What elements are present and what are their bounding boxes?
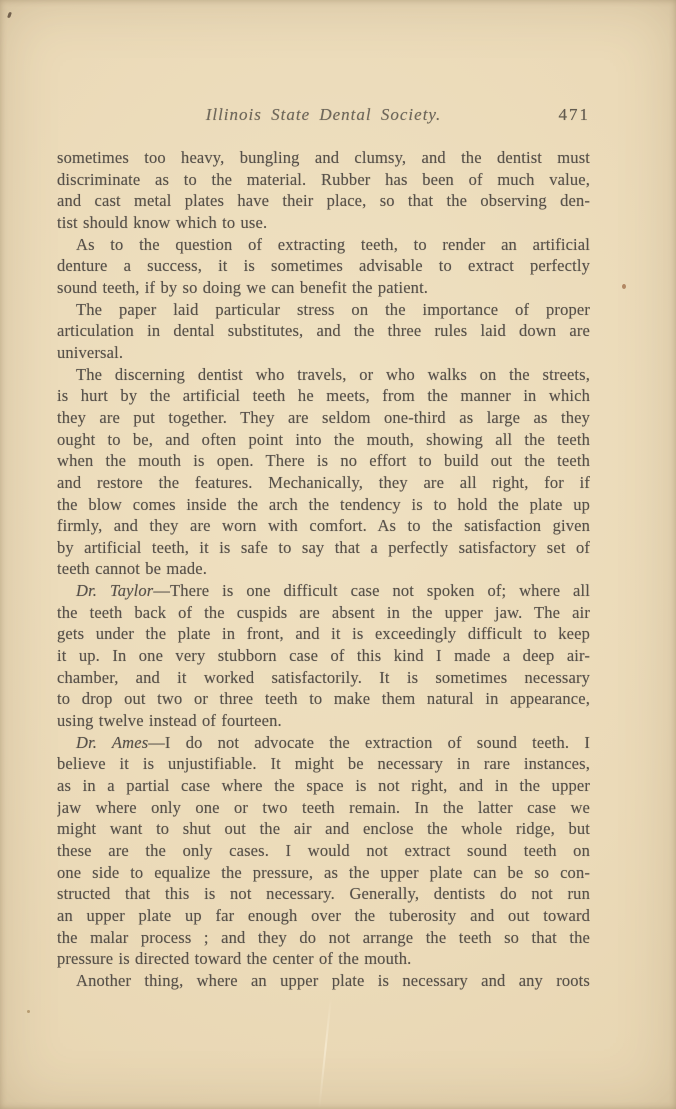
line-text: the malar process ; and they do not arra… bbox=[57, 928, 590, 947]
line-text: is hurt by the artificial teeth he meets… bbox=[57, 386, 590, 405]
text-line: gets under the plate in front, and it is… bbox=[57, 623, 590, 645]
text-line: structed that this is not necessary. Gen… bbox=[57, 883, 590, 905]
paper-speck bbox=[27, 1010, 30, 1013]
text-line: sound teeth, if by so doing we can benef… bbox=[57, 277, 590, 299]
text-line: they are put together. They are seldom o… bbox=[57, 407, 590, 429]
text-line: to drop out two or three teeth to make t… bbox=[57, 688, 590, 710]
ink-speck bbox=[7, 12, 12, 19]
line-text: teeth cannot be made. bbox=[57, 559, 207, 578]
line-text: using twelve instead of fourteen. bbox=[57, 711, 282, 730]
line-text: these are the only cases. I would not ex… bbox=[57, 841, 590, 860]
text-line: the malar process ; and they do not arra… bbox=[57, 927, 590, 949]
line-text: and restore the features. Mechanically, … bbox=[57, 473, 590, 492]
text-line: one side to equalize the pressure, as th… bbox=[57, 862, 590, 884]
text-line: when the mouth is open. There is no effo… bbox=[57, 450, 590, 472]
line-text: tist should know which to use. bbox=[57, 213, 267, 232]
line-text: discriminate as to the material. Rubber … bbox=[57, 170, 590, 189]
text-line: The paper laid particular stress on the … bbox=[57, 299, 590, 321]
text-line: these are the only cases. I would not ex… bbox=[57, 840, 590, 862]
text-line: the teeth back of the cuspids are absent… bbox=[57, 602, 590, 624]
line-text: ought to be, and often point into the mo… bbox=[57, 430, 590, 449]
text-line: as in a partial case where the space is … bbox=[57, 775, 590, 797]
text-line: denture a success, it is sometimes advis… bbox=[57, 255, 590, 277]
line-text: sound teeth, if by so doing we can benef… bbox=[57, 278, 428, 297]
line-text: chamber, and it worked satisfactorily. I… bbox=[57, 668, 590, 687]
text-line: The discerning dentist who travels, or w… bbox=[57, 364, 590, 386]
text-line: tist should know which to use. bbox=[57, 212, 590, 234]
text-line: jaw where only one or two teeth remain. … bbox=[57, 797, 590, 819]
text-line: by artificial teeth, it is safe to say t… bbox=[57, 537, 590, 559]
text-line: it up. In one very stubborn case of this… bbox=[57, 645, 590, 667]
line-text: as in a partial case where the space is … bbox=[57, 776, 590, 795]
text-line: is hurt by the artificial teeth he meets… bbox=[57, 385, 590, 407]
line-text: denture a success, it is sometimes advis… bbox=[57, 256, 590, 275]
paper-stain-dot bbox=[622, 284, 626, 289]
line-text: The discerning dentist who travels, or w… bbox=[76, 365, 590, 384]
line-text: universal. bbox=[57, 343, 123, 362]
page-number: 471 bbox=[559, 105, 591, 125]
text-line: believe it is unjustifiable. It might be… bbox=[57, 753, 590, 775]
text-line: an upper plate up far enough over the tu… bbox=[57, 905, 590, 927]
line-text: Another thing, where an upper plate is n… bbox=[76, 971, 590, 990]
line-text: might want to shut out the air and enclo… bbox=[57, 819, 590, 838]
text-line: the blow comes inside the arch the tende… bbox=[57, 494, 590, 516]
line-text: an upper plate up far enough over the tu… bbox=[57, 906, 590, 925]
text-line: sometimes too heavy, bungling and clumsy… bbox=[57, 147, 590, 169]
line-text: The paper laid particular stress on the … bbox=[76, 300, 590, 319]
line-text: As to the question of extracting teeth, … bbox=[76, 235, 590, 254]
text-line: might want to shut out the air and enclo… bbox=[57, 818, 590, 840]
running-header-title: Illinois State Dental Society. bbox=[57, 105, 590, 125]
line-text: the blow comes inside the arch the tende… bbox=[57, 495, 590, 514]
paper-crease bbox=[318, 998, 332, 1109]
line-text: —I do not advocate the extraction of sou… bbox=[148, 733, 590, 752]
text-line: articulation in dental substitutes, and … bbox=[57, 320, 590, 342]
line-text: sometimes too heavy, bungling and clumsy… bbox=[57, 148, 590, 167]
running-header: Illinois State Dental Society. 471 bbox=[57, 105, 590, 129]
line-text: believe it is unjustifiable. It might be… bbox=[57, 754, 590, 773]
line-text: when the mouth is open. There is no effo… bbox=[57, 451, 590, 470]
page-text: sometimes too heavy, bungling and clumsy… bbox=[57, 147, 590, 992]
text-line: pressure is directed toward the center o… bbox=[57, 948, 590, 970]
text-line: Another thing, where an upper plate is n… bbox=[57, 970, 590, 992]
line-text: articulation in dental substitutes, and … bbox=[57, 321, 590, 340]
line-text: pressure is directed toward the center o… bbox=[57, 949, 411, 968]
text-line: using twelve instead of fourteen. bbox=[57, 710, 590, 732]
line-text: the teeth back of the cuspids are absent… bbox=[57, 603, 590, 622]
line-text: and cast metal plates have their place, … bbox=[57, 191, 590, 210]
scanned-book-page: Illinois State Dental Society. 471 somet… bbox=[0, 0, 676, 1109]
speaker-name: Dr. Ames bbox=[76, 733, 148, 752]
speaker-name: Dr. Taylor bbox=[76, 581, 153, 600]
text-line: firmly, and they are worn with comfort. … bbox=[57, 515, 590, 537]
text-line: As to the question of extracting teeth, … bbox=[57, 234, 590, 256]
text-line: and cast metal plates have their place, … bbox=[57, 190, 590, 212]
line-text: —There is one difficult case not spoken … bbox=[153, 581, 590, 600]
line-text: it up. In one very stubborn case of this… bbox=[57, 646, 590, 665]
line-text: they are put together. They are seldom o… bbox=[57, 408, 590, 427]
text-line: Dr. Ames—I do not advocate the extractio… bbox=[57, 732, 590, 754]
line-text: gets under the plate in front, and it is… bbox=[57, 624, 590, 643]
text-line: universal. bbox=[57, 342, 590, 364]
line-text: to drop out two or three teeth to make t… bbox=[57, 689, 590, 708]
text-line: teeth cannot be made. bbox=[57, 558, 590, 580]
text-line: ought to be, and often point into the mo… bbox=[57, 429, 590, 451]
text-line: Dr. Taylor—There is one difficult case n… bbox=[57, 580, 590, 602]
line-text: firmly, and they are worn with comfort. … bbox=[57, 516, 590, 535]
line-text: one side to equalize the pressure, as th… bbox=[57, 863, 590, 882]
text-line: and restore the features. Mechanically, … bbox=[57, 472, 590, 494]
line-text: by artificial teeth, it is safe to say t… bbox=[57, 538, 590, 557]
text-line: chamber, and it worked satisfactorily. I… bbox=[57, 667, 590, 689]
line-text: jaw where only one or two teeth remain. … bbox=[57, 798, 590, 817]
text-line: discriminate as to the material. Rubber … bbox=[57, 169, 590, 191]
line-text: structed that this is not necessary. Gen… bbox=[57, 884, 590, 903]
